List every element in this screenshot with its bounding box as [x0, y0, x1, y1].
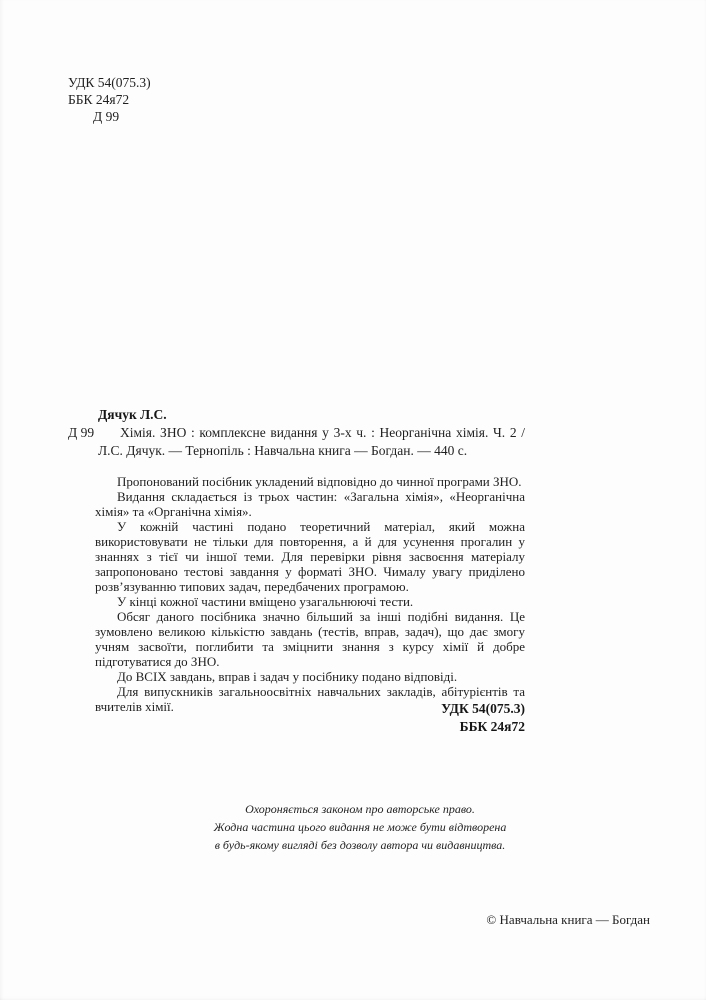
annotation-paragraph: Пропонований посібник укладений відповід…: [95, 474, 525, 489]
copyright-notice: Охороняється законом про авторське право…: [10, 800, 706, 854]
classification-codes-top: УДК 54(075.3) ББК 24я72 Д 99: [68, 74, 151, 125]
annotation-paragraph: Обсяг даного посібника значно більший за…: [95, 609, 525, 669]
bbk-code: ББК 24я72: [68, 91, 151, 108]
catalog-entry: Д 99 Хімія. ЗНО : комплексне видання у 3…: [68, 424, 525, 460]
udk-code: УДК 54(075.3): [68, 700, 525, 718]
udk-code: УДК 54(075.3): [68, 74, 151, 91]
author-name: Дячук Л.С.: [98, 406, 525, 424]
bibliographic-description: Хімія. ЗНО : комплексне видання у 3-х ч.…: [98, 424, 525, 460]
copyright-line: Охороняється законом про авторське право…: [10, 800, 706, 818]
book-imprint-page: УДК 54(075.3) ББК 24я72 Д 99 Дячук Л.С. …: [0, 0, 706, 1000]
annotation-paragraph: Видання складається із трьох частин: «За…: [95, 489, 525, 519]
annotation-paragraph: До ВСІХ завдань, вправ і задач у посібни…: [95, 669, 525, 684]
publisher-imprint: © Навчальна книга — Богдан: [486, 912, 650, 928]
copyright-line: в будь-якому вигляді без дозволу автора …: [10, 836, 706, 854]
copyright-line: Жодна частина цього видання не може бути…: [10, 818, 706, 836]
annotation-paragraph: У кожній частині подано теоретичний мате…: [95, 519, 525, 594]
catalog-card: Дячук Л.С. Д 99 Хімія. ЗНО : комплексне …: [68, 406, 525, 460]
catalog-number: Д 99: [68, 424, 94, 442]
annotation-text: Пропонований посібник укладений відповід…: [95, 474, 525, 714]
annotation-paragraph: У кінці кожної частини вміщено узагальню…: [95, 594, 525, 609]
classification-codes-bottom: УДК 54(075.3) ББК 24я72: [68, 700, 525, 736]
bbk-code: ББК 24я72: [68, 718, 525, 736]
catalog-number: Д 99: [93, 108, 151, 125]
